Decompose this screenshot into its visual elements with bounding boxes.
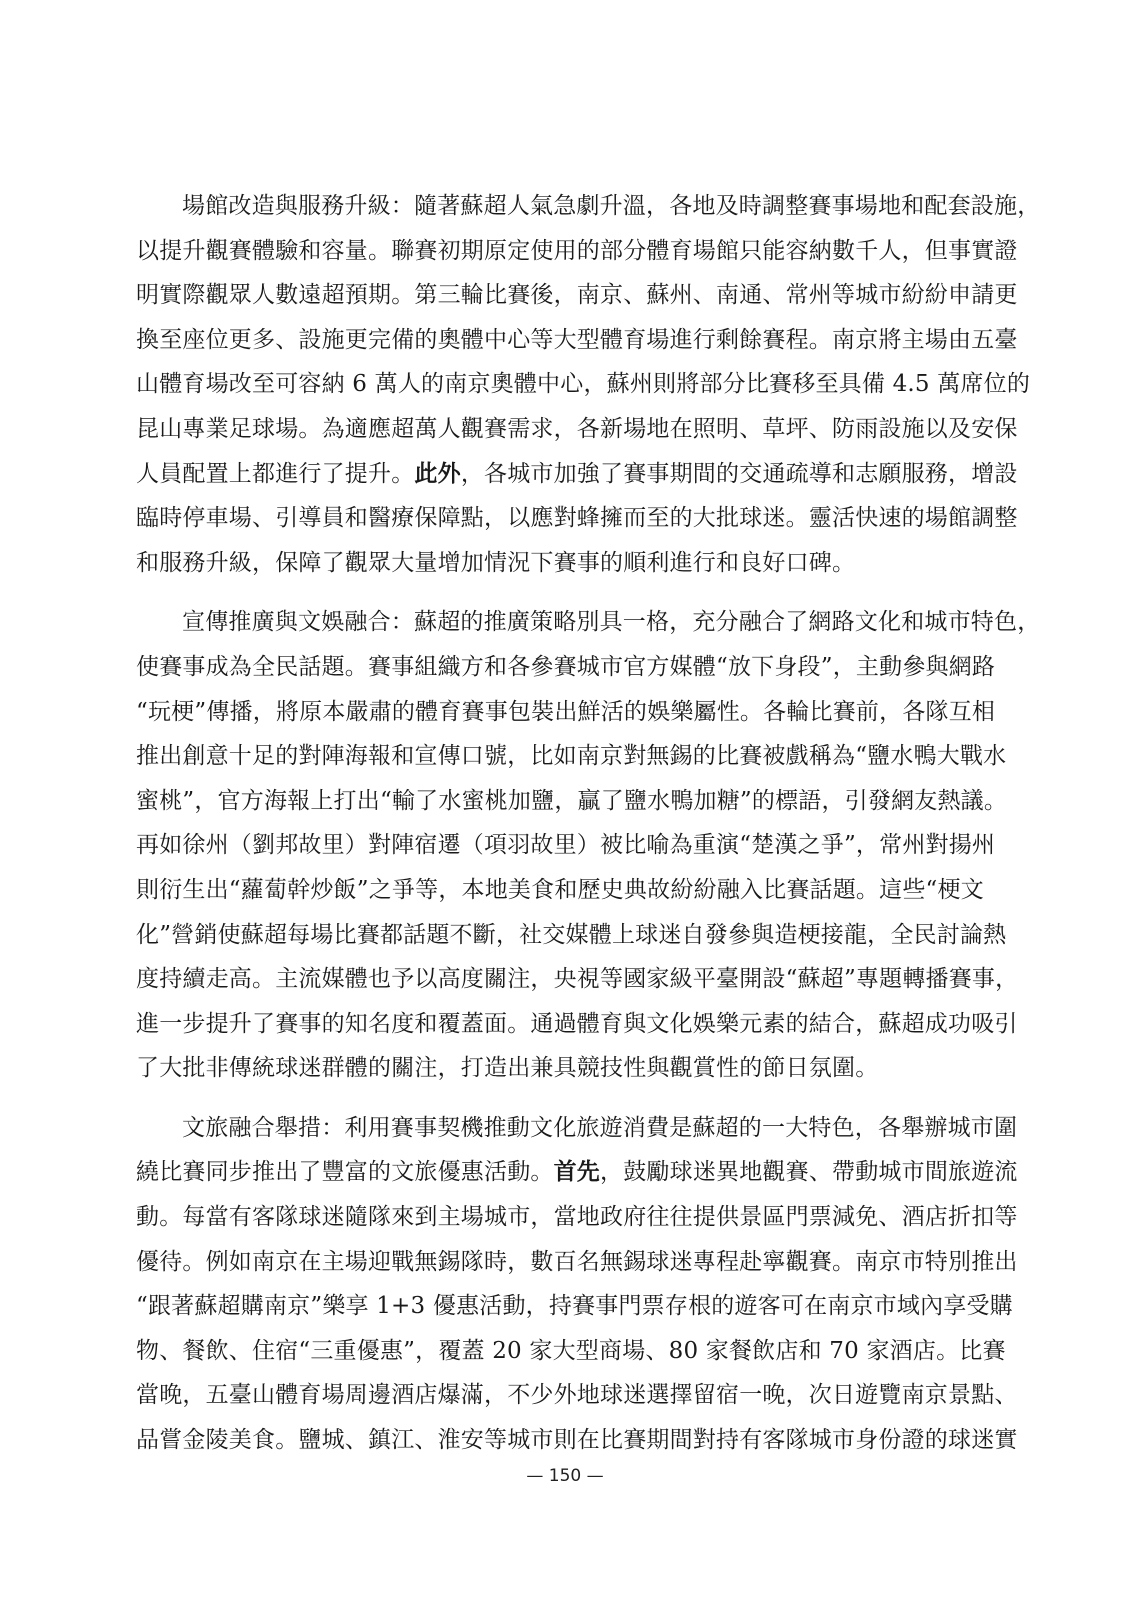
text-line: 品嘗金陵美食。鹽城、鎮江、淮安等城市則在比賽期間對持有客隊城市身份證的球迷實 [136,1418,981,1463]
text-line: 臨時停車場、引導員和醫療保障點，以應對蜂擁而至的大批球迷。靈活快速的場館調整 [136,496,981,541]
text-segment: ，各城市加強了賽事期間的交通疏導和志願服務，增設 [461,461,1018,487]
text-line: 繞比賽同步推出了豐富的文旅優惠活動。首先，鼓勵球迷異地觀賽、帶動城市間旅遊流 [136,1150,981,1195]
text-line: 當晚，五臺山體育場周邊酒店爆滿，不少外地球迷選擇留宿一晚，次日遊覽南京景點、 [136,1373,981,1418]
paragraph-promotion: 宣傳推廣與文娛融合：蘇超的推廣策略別具一格，充分融合了網路文化和城市特色， 使賽… [136,600,981,1091]
text-line: 昆山專業足球場。為適應超萬人觀賽需求，各新場地在照明、草坪、防雨設施以及安保 [136,407,981,452]
text-line: 再如徐州（劉邦故里）對陣宿遷（項羽故里）被比喻為重演“楚漢之爭”，常州對揚州 [136,823,981,868]
page-number: — 150 — [0,1466,1130,1486]
text-segment: ，鼓勵球迷異地觀賽、帶動城市間旅遊流 [600,1159,1018,1185]
text-line: 優待。例如南京在主場迎戰無錫隊時，數百名無錫球迷專程赴寧觀賽。南京市特別推出 [136,1240,981,1285]
text-line: 和服務升級，保障了觀眾大量增加情況下賽事的順利進行和良好口碑。 [136,541,981,586]
text-line: 物、餐飲、住宿“三重優惠”，覆蓋 20 家大型商場、80 家餐飲店和 70 家酒… [136,1329,981,1374]
document-body: 場館改造與服務升級：隨著蘇超人氣急劇升溫，各地及時調整賽事場地和配套設施， 以提… [136,184,981,1478]
text-line: 蜜桃”，官方海報上打出“輸了水蜜桃加鹽，贏了鹽水鴨加糖”的標語，引發網友熱議。 [136,779,981,824]
text-line: 化”營銷使蘇超每場比賽都話題不斷，社交媒體上球迷自發參與造梗接龍，全民討論熱 [136,913,981,958]
text-line: “跟著蘇超購南京”樂享 1+3 優惠活動，持賽事門票存根的遊客可在南京市域內享受… [136,1284,981,1329]
text-line: 使賽事成為全民話題。賽事組織方和各參賽城市官方媒體“放下身段”，主動參與網路 [136,645,981,690]
bold-emphasis: 此外 [414,460,460,487]
text-line: 人員配置上都進行了提升。此外，各城市加強了賽事期間的交通疏導和志願服務，增設 [136,452,981,497]
text-line: 動。每當有客隊球迷隨隊來到主場城市，當地政府往往提供景區門票減免、酒店折扣等 [136,1195,981,1240]
text-line: 推出創意十足的對陣海報和宣傳口號，比如南京對無錫的比賽被戲稱為“鹽水鴨大戰水 [136,734,981,779]
text-line: 宣傳推廣與文娛融合：蘇超的推廣策略別具一格，充分融合了網路文化和城市特色， [136,600,981,645]
text-segment: 繞比賽同步推出了豐富的文旅優惠活動。 [136,1159,554,1185]
text-line: 則衍生出“蘿蔔幹炒飯”之爭等，本地美食和歷史典故紛紛融入比賽話題。這些“梗文 [136,868,981,913]
text-line: 換至座位更多、設施更完備的奧體中心等大型體育場進行剩餘賽程。南京將主場由五臺 [136,318,981,363]
text-line: 度持續走高。主流媒體也予以高度關注，央視等國家級平臺開設“蘇超”專題轉播賽事， [136,957,981,1002]
text-line: 以提升觀賽體驗和容量。聯賽初期原定使用的部分體育場館只能容納數千人，但事實證 [136,229,981,274]
text-line: 進一步提升了賽事的知名度和覆蓋面。通過體育與文化娛樂元素的結合，蘇超成功吸引 [136,1002,981,1047]
text-line: 文旅融合舉措：利用賽事契機推動文化旅遊消費是蘇超的一大特色，各舉辦城市圍 [136,1106,981,1151]
text-line: “玩梗”傳播，將原本嚴肅的體育賽事包裝出鮮活的娛樂屬性。各輪比賽前，各隊互相 [136,690,981,735]
bold-emphasis: 首先 [554,1158,600,1185]
text-line: 明實際觀眾人數遠超預期。第三輪比賽後，南京、蘇州、南通、常州等城市紛紛申請更 [136,273,981,318]
document-page: 場館改造與服務升級：隨著蘇超人氣急劇升溫，各地及時調整賽事場地和配套設施， 以提… [0,0,1130,1600]
text-line: 了大批非傳統球迷群體的關注，打造出兼具競技性與觀賞性的節日氛圍。 [136,1046,981,1091]
text-segment: 人員配置上都進行了提升。 [136,461,414,487]
text-line: 山體育場改至可容納 6 萬人的南京奧體中心，蘇州則將部分比賽移至具備 4.5 萬… [136,362,981,407]
paragraph-venue-upgrade: 場館改造與服務升級：隨著蘇超人氣急劇升溫，各地及時調整賽事場地和配套設施， 以提… [136,184,981,585]
text-line: 場館改造與服務升級：隨著蘇超人氣急劇升溫，各地及時調整賽事場地和配套設施， [136,184,981,229]
paragraph-tourism: 文旅融合舉措：利用賽事契機推動文化旅遊消費是蘇超的一大特色，各舉辦城市圍 繞比賽… [136,1106,981,1463]
